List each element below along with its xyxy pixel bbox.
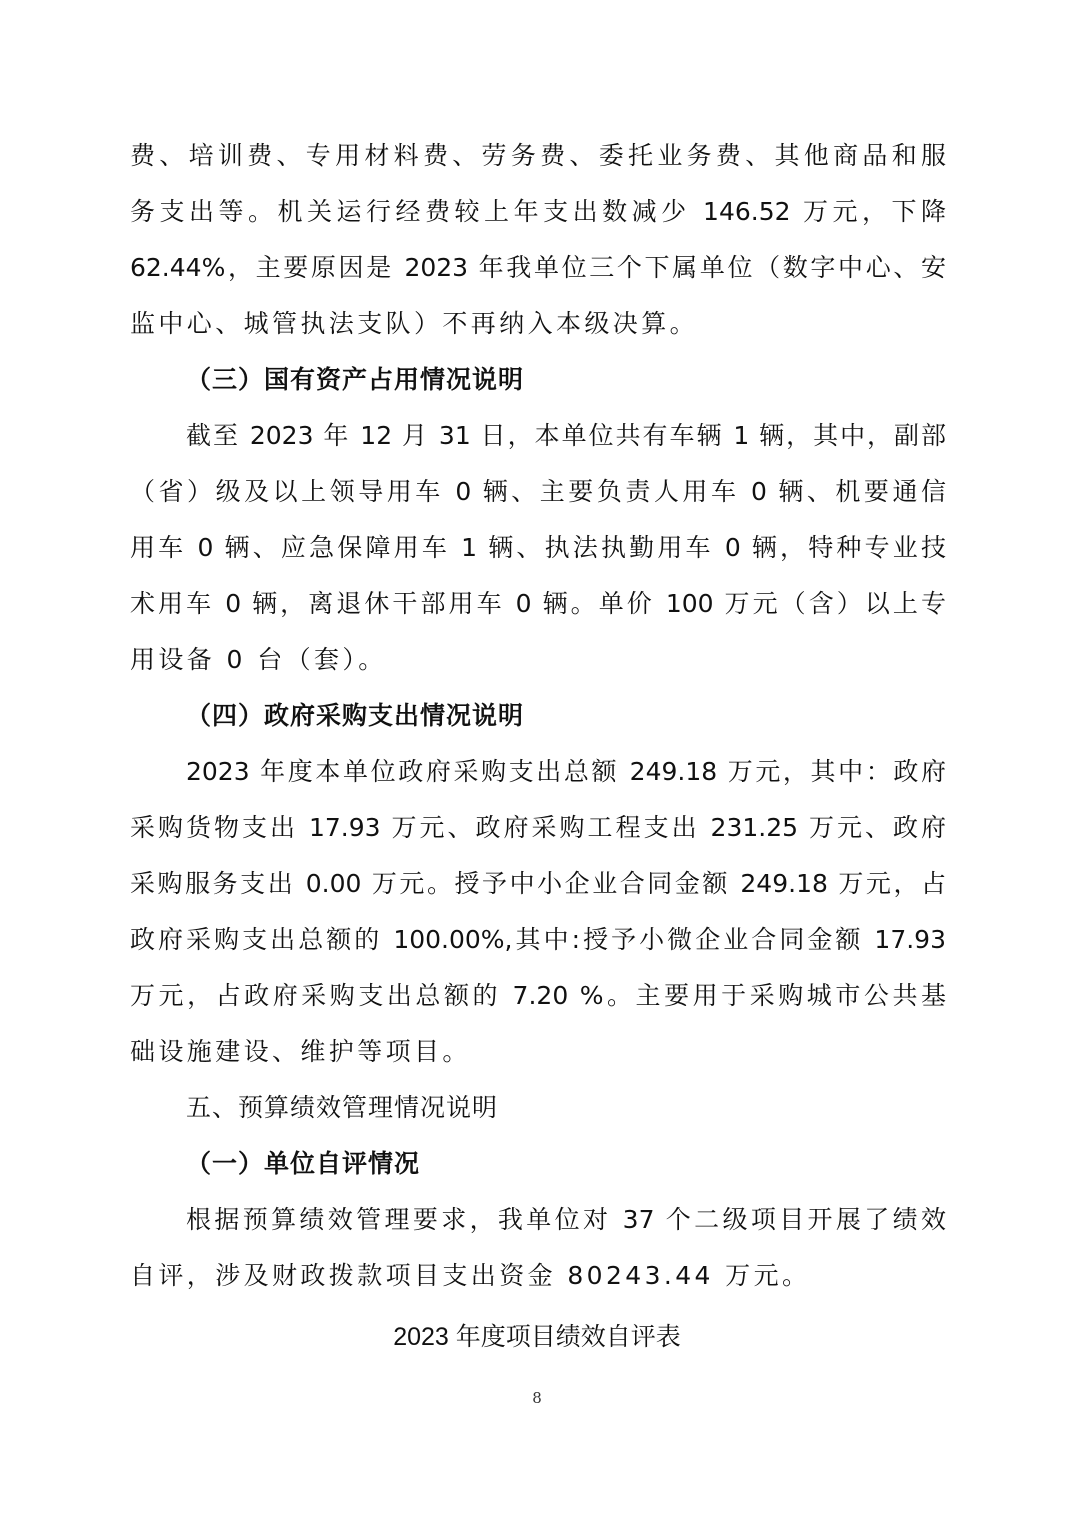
table-title: 2023 年度项目绩效自评表 [0, 1322, 1074, 1352]
paragraph-line: 采购服务支出 0.00 万元。授予中小企业合同金额 249.18 万元，占 [130, 869, 946, 899]
section-heading-assets: （三）国有资产占用情况说明 [186, 365, 524, 395]
paragraph-line: 政府采购支出总额的 100.00%,其中:授予小微企业合同金额 17.93 [130, 925, 946, 955]
paragraph-line: 根据预算绩效管理要求，我单位对 37 个二级项目开展了绩效 [186, 1205, 946, 1235]
paragraph-line: 万元，占政府采购支出总额的 7.20 %。主要用于采购城市公共基 [130, 981, 946, 1011]
paragraph-line: 62.44%，主要原因是 2023 年我单位三个下属单位（数字中心、安 [130, 253, 946, 283]
document-page: 费、培训费、专用材料费、劳务费、委托业务费、其他商品和服 务支出等。机关运行经费… [0, 0, 1074, 1520]
paragraph-line: 用车 0 辆、应急保障用车 1 辆、执法执勤用车 0 辆，特种专业技 [130, 533, 946, 563]
paragraph-line: 用设备 0 台（套）。 [130, 645, 946, 675]
paragraph-line: 监中心、城管执法支队）不再纳入本级决算。 [130, 309, 946, 339]
paragraph-line: 截至 2023 年 12 月 31 日，本单位共有车辆 1 辆，其中，副部 [186, 421, 946, 451]
paragraph-line: （省）级及以上领导用车 0 辆、主要负责人用车 0 辆、机要通信 [130, 477, 946, 507]
paragraph-line: 2023 年度本单位政府采购支出总额 249.18 万元，其中：政府 [186, 757, 946, 787]
paragraph-line: 础设施建设、维护等项目。 [130, 1037, 946, 1067]
section-heading-self-evaluation: （一）单位自评情况 [186, 1149, 420, 1179]
chapter-heading-performance: 五、预算绩效管理情况说明 [186, 1093, 498, 1123]
paragraph-line: 费、培训费、专用材料费、劳务费、委托业务费、其他商品和服 [130, 141, 946, 171]
paragraph-line: 采购货物支出 17.93 万元、政府采购工程支出 231.25 万元、政府 [130, 813, 946, 843]
paragraph-line: 自评，涉及财政拨款项目支出资金 80243.44 万元。 [130, 1261, 946, 1291]
section-heading-procurement: （四）政府采购支出情况说明 [186, 701, 524, 731]
paragraph-line: 术用车 0 辆，离退休干部用车 0 辆。单价 100 万元（含）以上专 [130, 589, 946, 619]
paragraph-line: 务支出等。机关运行经费较上年支出数减少 146.52 万元，下降 [130, 197, 946, 227]
page-number: 8 [0, 1389, 1074, 1407]
